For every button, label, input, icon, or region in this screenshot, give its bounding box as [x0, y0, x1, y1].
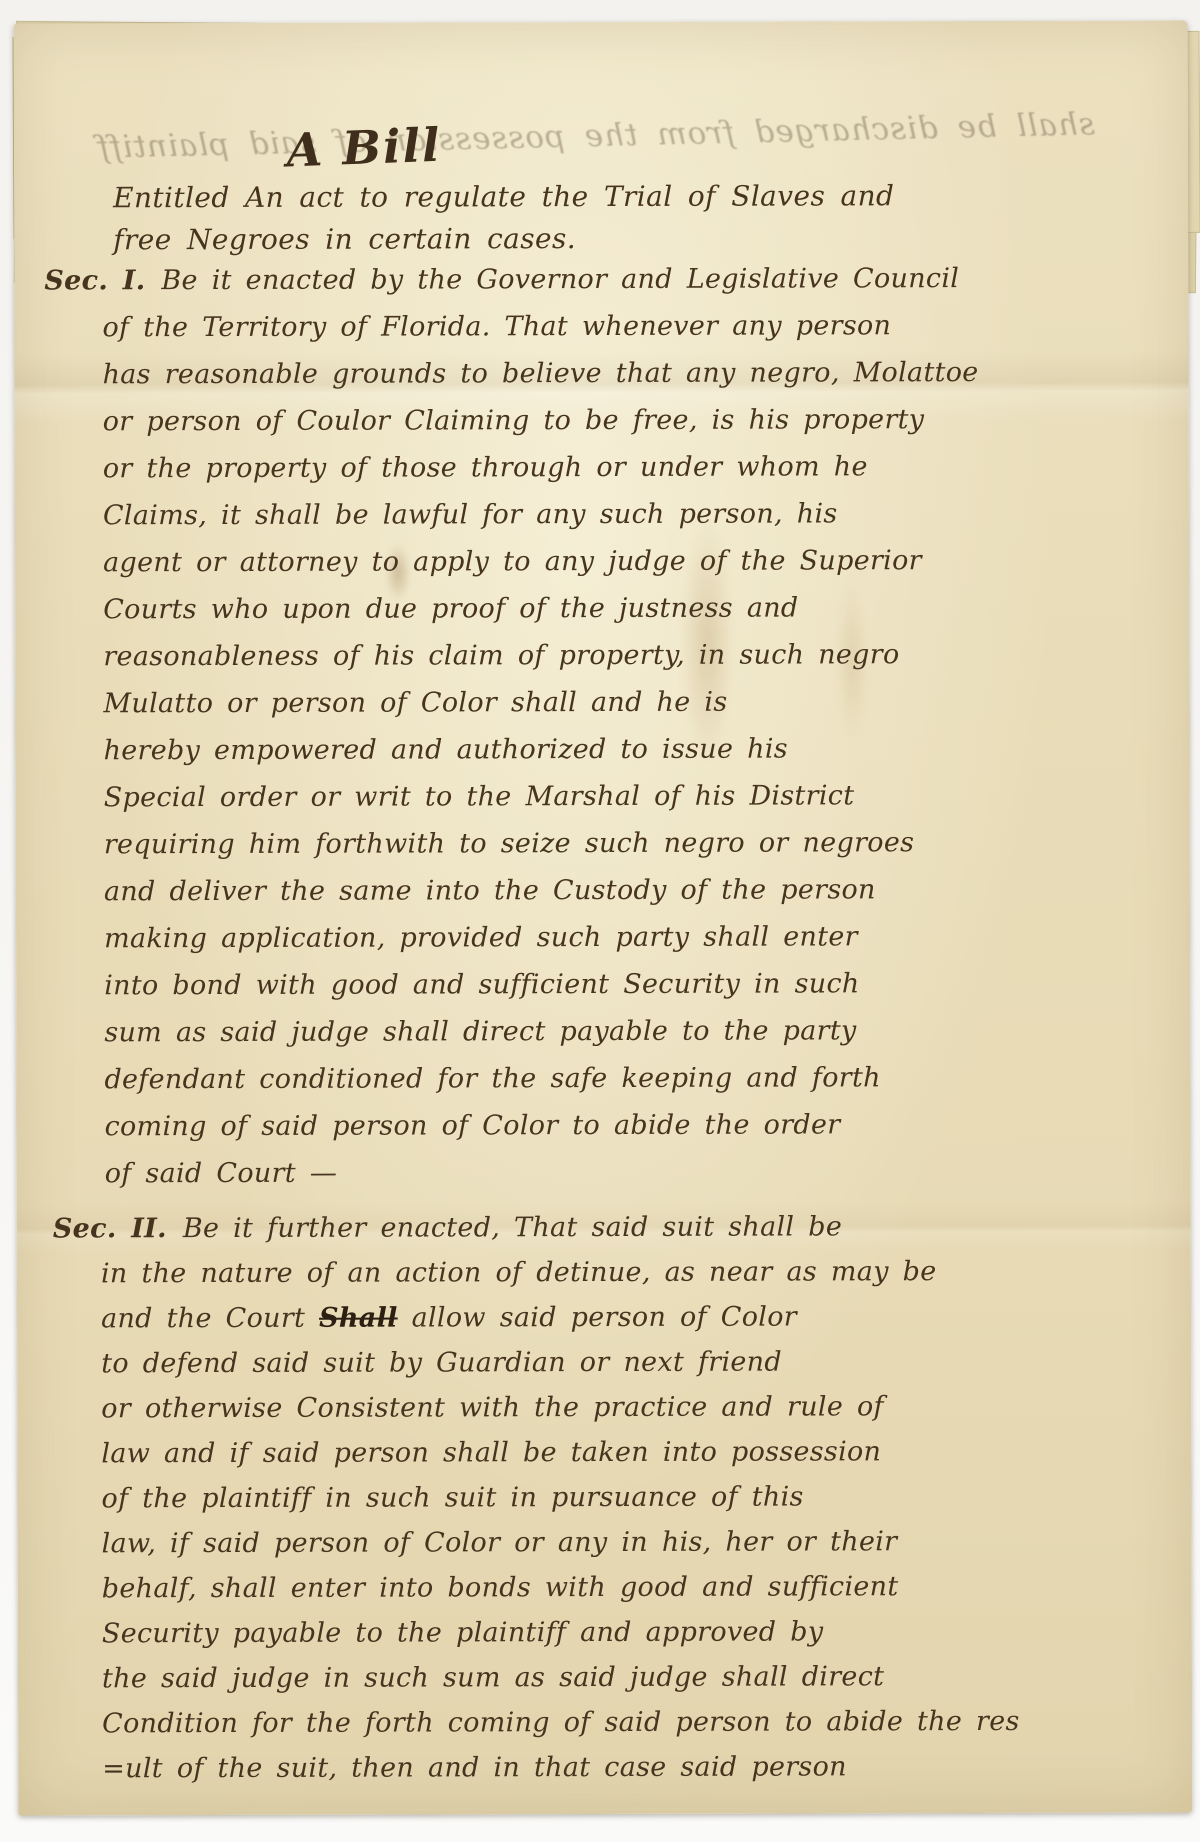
manuscript-line: behalf, shall enter into bonds with good… — [102, 1571, 1020, 1618]
document-title: A Bill — [253, 117, 475, 179]
manuscript-line: defendant conditioned for the safe keepi… — [104, 1062, 980, 1111]
manuscript-text: Be it further enacted, That said suit sh… — [183, 1211, 842, 1244]
manuscript-line: and deliver the same into the Custody of… — [104, 874, 980, 923]
manuscript-line: sum as said judge shall direct payable t… — [104, 1015, 980, 1064]
manuscript-line: Security payable to the plaintiff and ap… — [102, 1616, 1020, 1663]
manuscript-line: agent or attorney to apply to any judge … — [103, 545, 979, 594]
section-2: Sec. II.Be it further enacted, That said… — [101, 1211, 1020, 1798]
subtitle-line: free Negroes in certain cases. — [113, 221, 894, 265]
document-subtitle: Entitled An act to regulate the Trial of… — [113, 179, 894, 265]
manuscript-line: reasonableness of his claim of property,… — [103, 639, 979, 688]
manuscript-line: Courts who upon due proof of the justnes… — [103, 592, 979, 641]
manuscript-text: allow said person of Color — [398, 1301, 797, 1333]
manuscript-line: Sec. I.Be it enacted by the Governor and… — [44, 263, 978, 312]
manuscript-line: law and if said person shall be taken in… — [101, 1436, 1019, 1483]
manuscript-line: Claims, it shall be lawful for any such … — [103, 498, 979, 547]
struck-word: Shall — [319, 1303, 398, 1334]
section-1-heading: Sec. I. — [44, 265, 161, 296]
manuscript-page: shall be discharged from the possession … — [14, 20, 1193, 1815]
manuscript-line-with-strikethrough: and the Court Shall allow said person of… — [101, 1301, 1019, 1348]
manuscript-line: law, if said person of Color or any in h… — [102, 1526, 1020, 1573]
section-1: Sec. I.Be it enacted by the Governor and… — [102, 263, 980, 1205]
manuscript-line: of the Territory of Florida. That whenev… — [102, 310, 978, 359]
subtitle-line: Entitled An act to regulate the Trial of… — [113, 179, 894, 223]
manuscript-line: of the plaintiff in such suit in pursuan… — [101, 1481, 1019, 1528]
manuscript-line: making application, provided such party … — [104, 921, 980, 970]
manuscript-line: Special order or writ to the Marshal of … — [104, 780, 980, 829]
manuscript-line: or otherwise Consistent with the practic… — [101, 1391, 1019, 1438]
manuscript-line: Mulatto or person of Color shall and he … — [103, 686, 979, 735]
manuscript-text: Be it enacted by the Governor and Legisl… — [161, 263, 959, 296]
manuscript-line: coming of said person of Color to abide … — [105, 1109, 981, 1158]
scan-background: shall be discharged from the possession … — [0, 0, 1200, 1842]
bleedthrough-text: shall be discharged from the possession … — [23, 105, 1168, 192]
manuscript-line: Condition for the forth coming of said p… — [102, 1706, 1020, 1753]
manuscript-line: to defend said suit by Guardian or next … — [101, 1346, 1019, 1393]
manuscript-line: requiring him forthwith to seize such ne… — [104, 827, 980, 876]
manuscript-line: Sec. II.Be it further enacted, That said… — [53, 1211, 1019, 1259]
manuscript-line: or person of Coulor Claiming to be free,… — [103, 404, 979, 453]
manuscript-line: into bond with good and sufficient Secur… — [104, 968, 980, 1017]
section-2-heading: Sec. II. — [53, 1213, 183, 1244]
manuscript-text: and the Court — [101, 1303, 319, 1335]
manuscript-line: =ult of the suit, then and in that case … — [102, 1751, 1020, 1798]
manuscript-line: hereby empowered and authorized to issue… — [104, 733, 980, 782]
manuscript-line: of said Court — — [105, 1156, 981, 1205]
manuscript-line: in the nature of an action of detinue, a… — [101, 1256, 1019, 1303]
manuscript-line: has reasonable grounds to believe that a… — [103, 357, 979, 406]
manuscript-line: or the property of those through or unde… — [103, 451, 979, 500]
manuscript-line: the said judge in such sum as said judge… — [102, 1661, 1020, 1708]
